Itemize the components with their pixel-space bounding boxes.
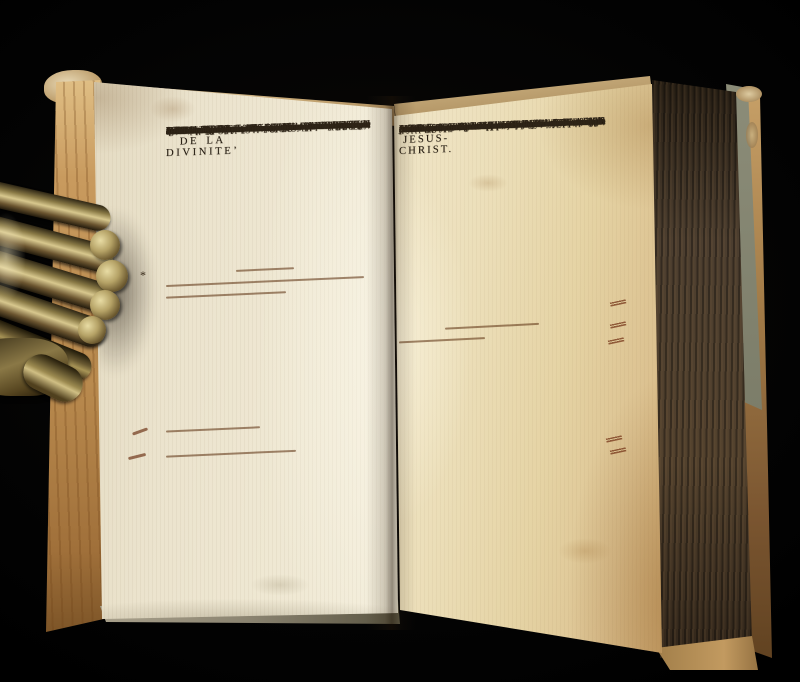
ink-underline-annotation [166, 276, 364, 287]
ink-underline-annotation [399, 337, 485, 343]
ink-margin-mark [610, 320, 627, 328]
left-page-text: 2 TRAITE’ DE LA DIVINITE’ ter, ſans reno… [166, 119, 370, 126]
foxing-stain [558, 538, 612, 564]
right-page-text: DE JESUS-CHRIST. 3 n’être pas obligée de… [399, 116, 605, 124]
ink-margin-mark [608, 336, 625, 344]
fore-edge-block [640, 70, 780, 676]
catchword: n’être [166, 125, 194, 138]
ink-underline-annotation [166, 426, 260, 432]
clasp-knuckle [90, 230, 120, 260]
ink-margin-mark [128, 453, 146, 460]
book-photo: 2 TRAITE’ DE LA DIVINITE’ ter, ſans reno… [0, 0, 800, 682]
leather-chip [746, 122, 758, 148]
clasp-knuckle [78, 316, 106, 344]
brass-clasp [0, 172, 132, 410]
ink-underline-annotation [445, 323, 539, 330]
right-page: DE JESUS-CHRIST. 3 n’être pas obligée de… [388, 78, 673, 670]
ink-underline-annotation [166, 450, 296, 458]
text-line: de l’école & aux ſpeculations abſtraites… [166, 119, 370, 138]
ink-margin-mark [132, 427, 148, 435]
foxing-stain [150, 96, 196, 122]
ink-margin-mark [606, 434, 623, 442]
ink-underline-annotation [166, 291, 286, 298]
ink-margin-mark [610, 298, 627, 306]
left-page-body: ter, ſans renoncer à ce qu’il y a de plu… [166, 119, 370, 126]
leather-chip [736, 86, 762, 102]
ink-margin-mark [610, 446, 627, 454]
ink-underline-annotation [236, 267, 294, 272]
catchword: n’eſt [399, 122, 438, 136]
foxing-stain [250, 574, 310, 596]
clasp-knuckle [96, 260, 128, 292]
foxing-stain [468, 174, 508, 192]
